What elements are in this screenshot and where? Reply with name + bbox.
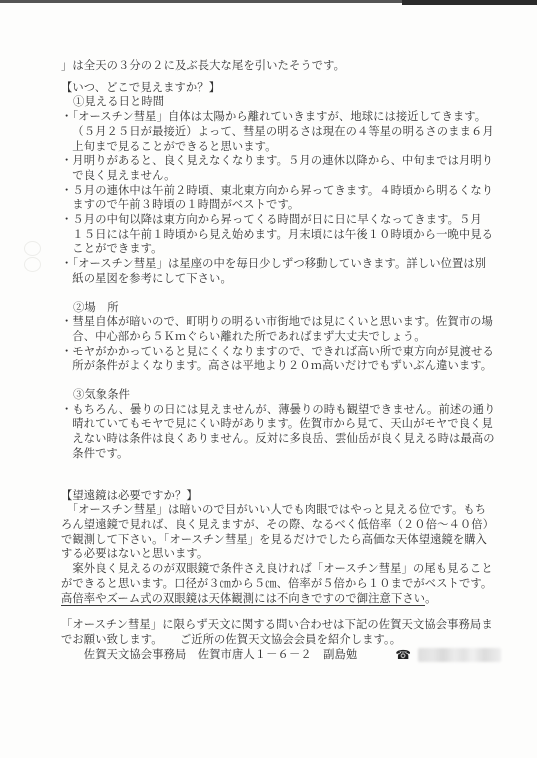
body-line: で観測して下さい。「オースチン彗星」を見るだけでしたら高価な天体望遠鏡を購入 <box>61 533 501 548</box>
telephone-icon: ☎ <box>395 648 411 663</box>
body-line: 晴れていてもモヤで見にくい時があります。佐賀市から見て、天山がモヤで良く見 <box>61 417 501 432</box>
punch-hole-ghost <box>24 241 41 256</box>
body-line: ができると思います。口径が３㎝から５㎝、倍率が５倍から１０までがベストです。 <box>61 577 501 592</box>
body-line: ますので午前３時頃の１時間がベストです。 <box>61 198 501 213</box>
body-line: ことができます。 <box>61 242 501 257</box>
body-line: えない時は条件は良くありません。反対に多良岳、雲仙岳が良く見える時は最高の <box>61 432 501 447</box>
scan-edge-band-dark <box>402 0 537 5</box>
body-line: ・５月の連休中は午前２時頃、東北東方向から昇ってきます。４時頃から明るくなり <box>61 184 501 199</box>
body-line: ・「オースチン彗星」は星座の中を毎日少しずつ移動していきます。詳しい位置は別 <box>61 257 501 272</box>
body-line: 紙の星図を参考にして下さい。 <box>61 272 501 287</box>
scanned-document-page: 」は全天の３分の２に及ぶ長大な尾を引いたそうです。 【いつ、どこで見えますか？】… <box>0 0 537 758</box>
punch-hole-ghost <box>24 257 41 272</box>
document-body: 」は全天の３分の２に及ぶ長大な尾を引いたそうです。 【いつ、どこで見えますか？】… <box>61 59 501 662</box>
section-heading-when-where: 【いつ、どこで見えますか？】 <box>61 81 501 96</box>
subsection-heading-date-time: ①見える日と時間 <box>61 95 501 110</box>
body-line: 「オースチン彗星」は暗いので目がいい人でも肉眼ではやっと見える位です。もち <box>61 503 501 518</box>
body-line: 合、中心部から５Ｋｍぐらい離れた所であればまず大丈夫でしょう。 <box>61 330 501 345</box>
body-line: ・もちろん、曇りの日には見えませんが、薄曇りの時も観望できません。前述の通り <box>61 403 501 418</box>
body-line: ・５月の中旬以降は東方向から昇ってくる時間が日に日に早くなってきます。５月 <box>61 213 501 228</box>
body-line: ・モヤがかかっていると見にくくなりますので、できれば高い所で東方向が見渡せる <box>61 345 501 360</box>
body-line: ・彗星自体が暗いので、町明りの明るい市街地では見にくいと思います。佐賀市の場 <box>61 315 501 330</box>
body-line: ・月明りがあると、良く見えなくなります。５月の連休以降から、中旬までは月明り <box>61 154 501 169</box>
redacted-phone-number <box>418 648 501 662</box>
binocular-warning-line: 高倍率やズーム式の双眼鏡は天体観測には不向きですので御注意下さい。 <box>61 592 501 607</box>
body-line: １５日には午前１時頃から見え始めます。月末頃には午後１０時頃から一晩中見る <box>61 228 501 243</box>
subsection-heading-place: ②場 所 <box>61 301 501 316</box>
body-line: 所が条件がよくなります。高さは平地より２０ｍ高いだけでもずいぶん違います。 <box>61 359 501 374</box>
binocular-warning-underlined-text: 高倍率やズーム式の双眼鏡は天体観測には不向きですので御注意下さい <box>61 593 425 607</box>
comet-tail-note-line: 」は全天の３分の２に及ぶ長大な尾を引いたそうです。 <box>61 59 501 74</box>
office-address-text: 佐賀天文協会事務局 佐賀市唐人１－６－２ 副島勉 <box>61 648 357 663</box>
body-line: ろん望遠鏡で見れば、良く見えますが、その際、なるべく低倍率（２０倍～４０倍） <box>61 518 501 533</box>
body-line: ・「オースチン彗星」自体は太陽から離れていきますが、地球には接近してきます。 <box>61 110 501 125</box>
body-line: 条件です。 <box>61 447 501 462</box>
contact-line: でお願い致します。 ご近所の佐賀天文協会会員を紹介します。。 <box>61 633 501 648</box>
binocular-warning-period: 。 <box>425 593 436 605</box>
contact-line: 「オースチン彗星」に限らず天文に関する問い合わせは下記の佐賀天文協会事務局ま <box>61 618 501 633</box>
body-line: で良く見えません。 <box>61 169 501 184</box>
body-line: 上旬まで見ることができると思います。 <box>61 140 501 155</box>
body-line: （５月２５日が最接近）よって、彗星の明るさは現在の４等星の明るさのまま６月 <box>61 125 501 140</box>
body-line: 案外良く見えるのが双眼鏡で条件さえ良ければ「オースチン彗星」の尾も見ること <box>61 562 501 577</box>
office-address-row: 佐賀天文協会事務局 佐賀市唐人１－６－２ 副島勉 ☎ <box>61 648 501 663</box>
body-line: する必要はないと思います。 <box>61 547 501 562</box>
subsection-heading-weather: ③気象条件 <box>61 388 501 403</box>
section-heading-telescope: 【望遠鏡は必要ですか？】 <box>61 489 501 504</box>
